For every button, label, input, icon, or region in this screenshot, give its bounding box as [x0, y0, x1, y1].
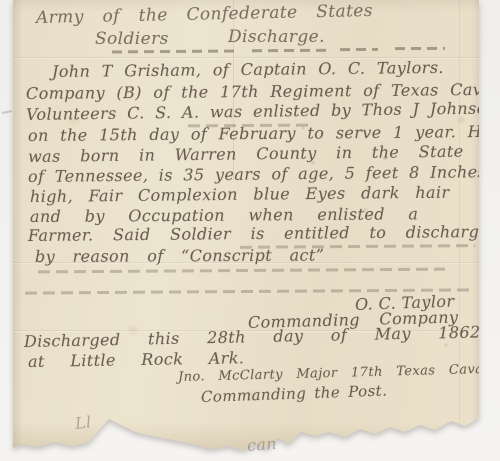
officer-title-line: Commanding the Post.: [201, 382, 388, 406]
torn-fragment-right: can: [246, 434, 277, 455]
separator-rule: [38, 268, 445, 274]
discharge-date-line: Discharged this 28th day of May 1862: [24, 322, 481, 351]
torn-fragment-left: Ll: [74, 412, 92, 433]
doc-title-line1: Army of the Confederate States: [36, 1, 373, 28]
discharge-place-line: at Little Rock Ark.: [28, 348, 245, 371]
document-paper-wrap: Army of the Confederate States Soldiers …: [0, 0, 500, 461]
handwritten-line-10: by reason of “Conscript act”: [35, 245, 324, 266]
document-paper: Army of the Confederate States Soldiers …: [13, 0, 479, 452]
title-underline: [112, 50, 238, 54]
handwritten-line-9: Farmer. Said Soldier is entitled to disc…: [28, 222, 489, 245]
handwritten-line-1: John T Grisham, of Captain O. C. Taylors…: [52, 58, 444, 81]
title-underline: [340, 48, 378, 51]
title-underline: [395, 47, 445, 50]
title-underline: [252, 49, 330, 53]
doc-title-line2-left: Soldiers: [95, 29, 169, 49]
doc-title-line2-right: Discharge.: [228, 27, 325, 47]
scan-background: Army of the Confederate States Soldiers …: [0, 0, 500, 461]
handwritten-line-7: high, Fair Complexion blue Eyes dark hai…: [30, 183, 450, 206]
